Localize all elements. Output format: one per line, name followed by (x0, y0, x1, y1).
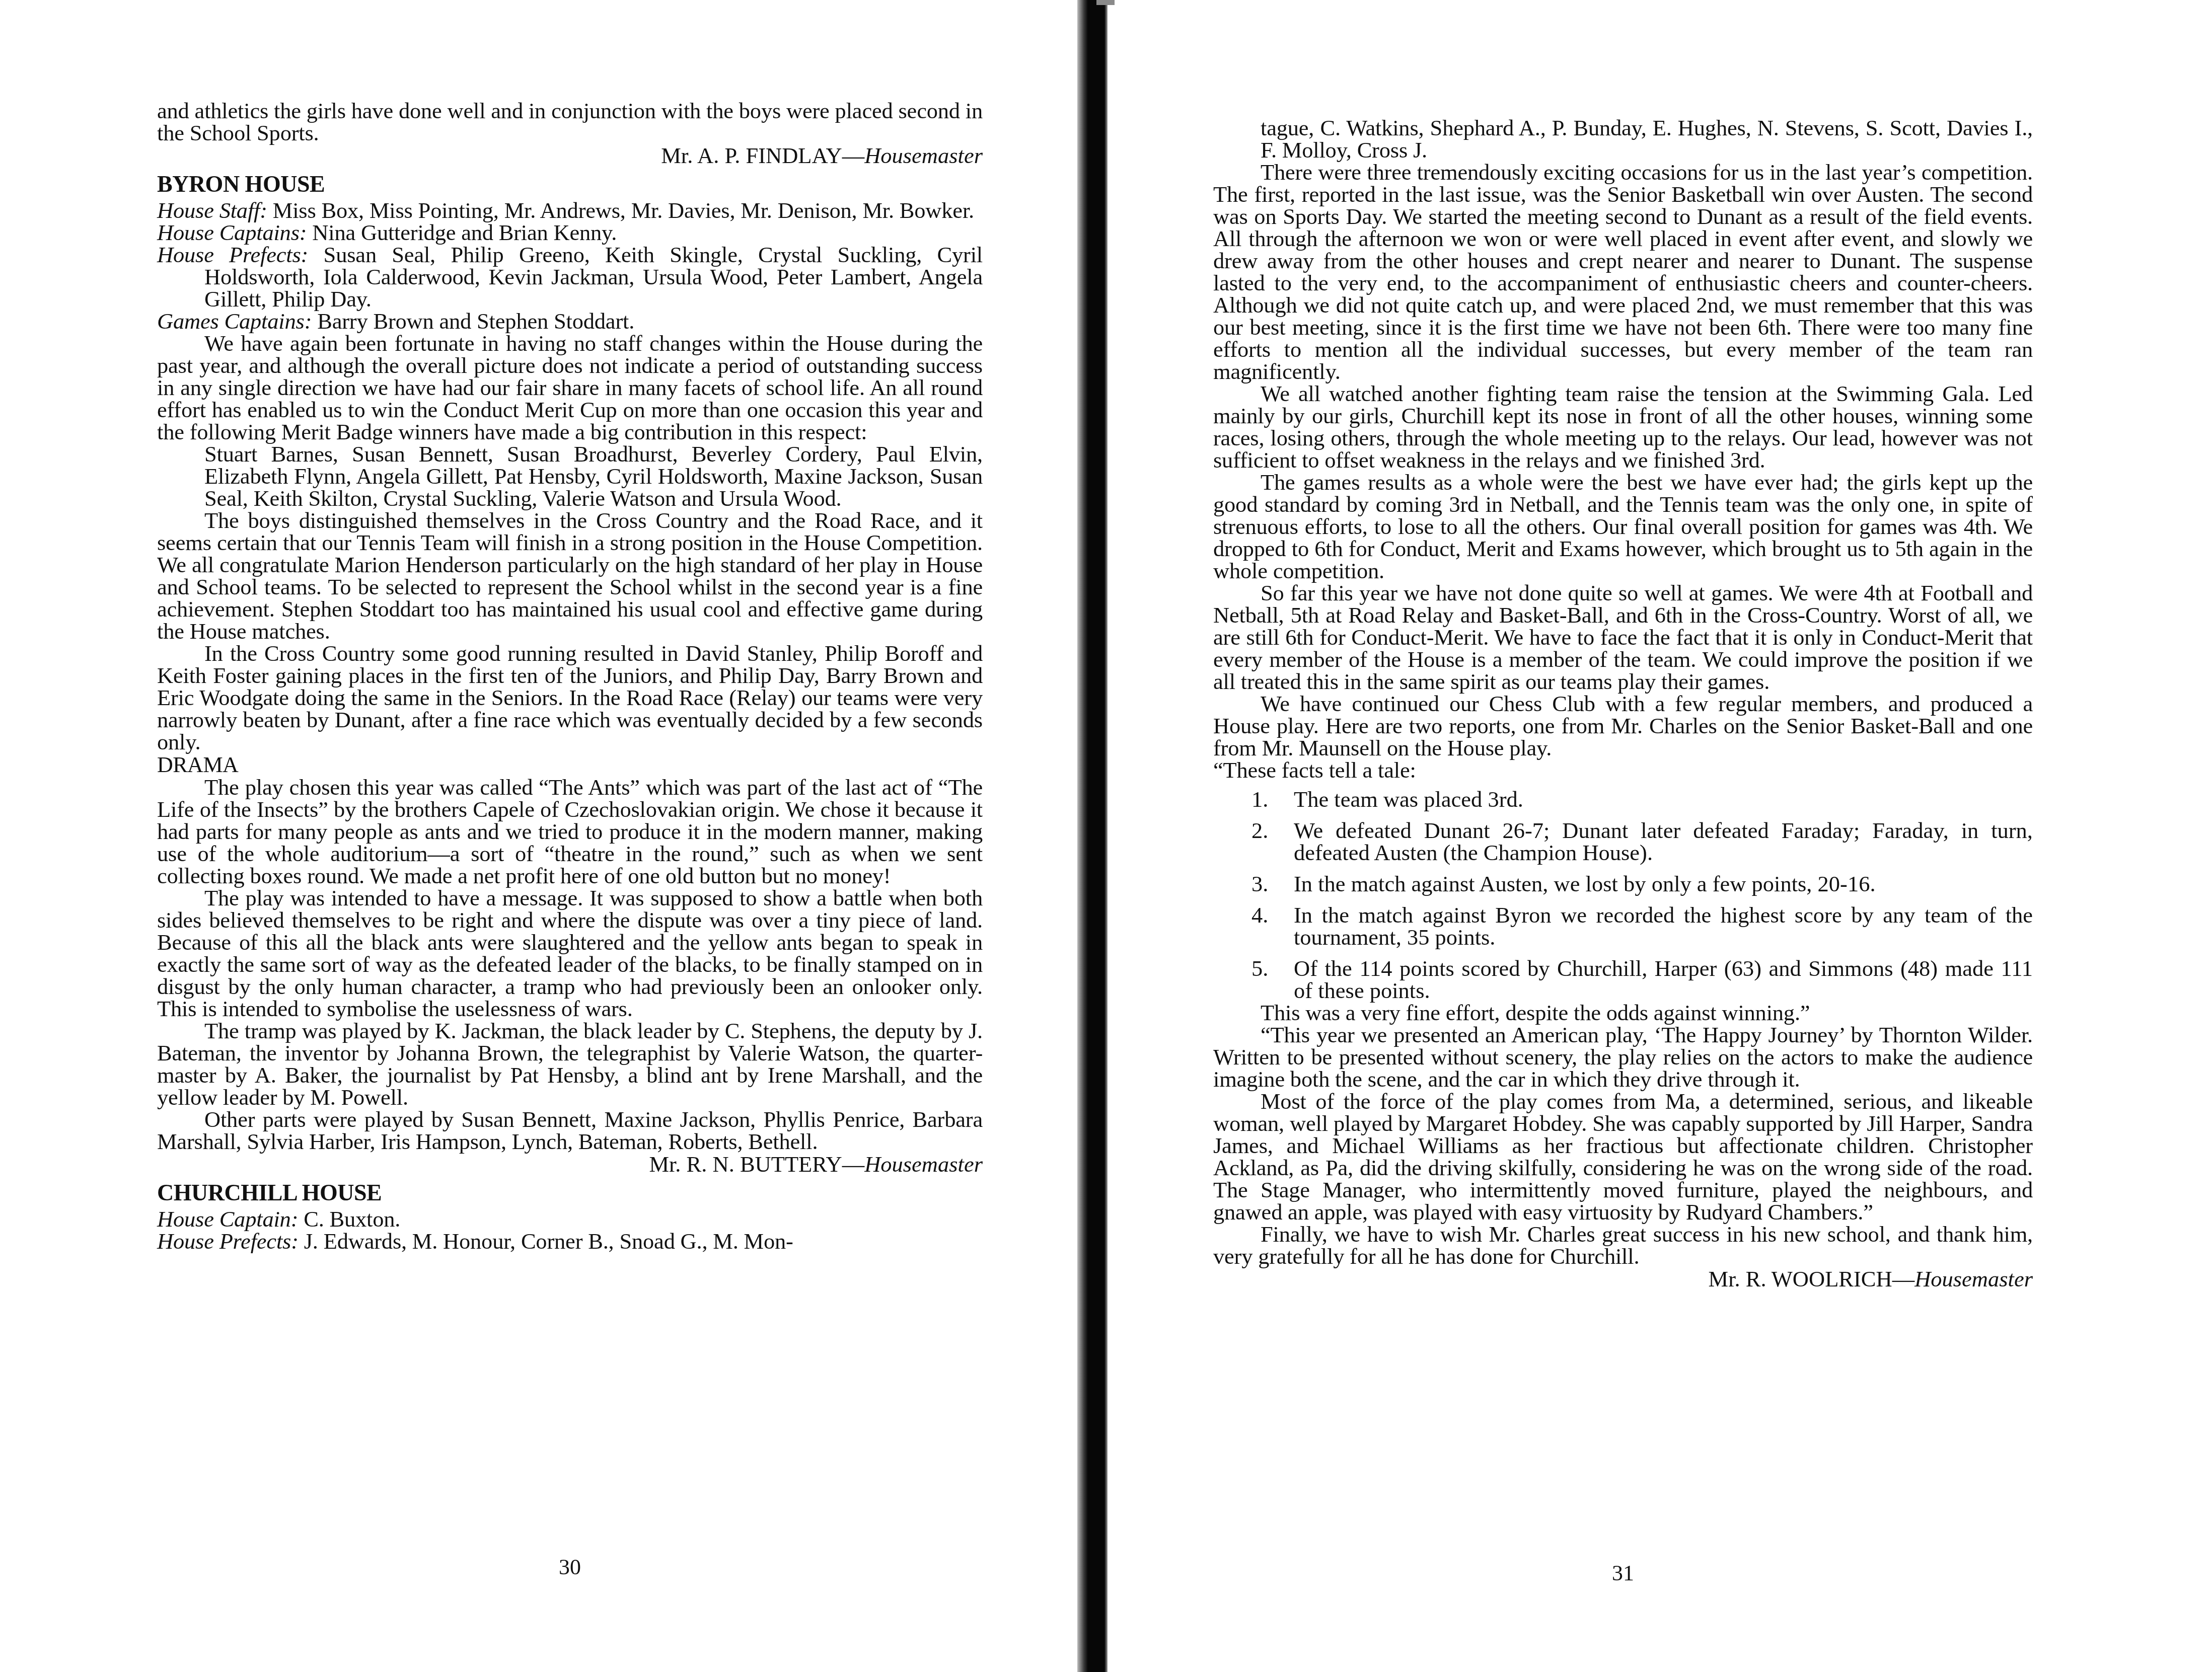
churchill-paragraph-1: There were three tremendously exciting o… (1213, 161, 2033, 383)
byron-games-captains: Games Captains: Barry Brown and Stephen … (157, 310, 983, 332)
fact-number: 2. (1251, 819, 1268, 842)
fact-number: 1. (1251, 788, 1268, 810)
signature-role: Housemaster (864, 1152, 983, 1177)
churchill-prefects-continued: tague, C. Watkins, Shephard A., P. Bunda… (1213, 117, 2033, 161)
drama-paragraph-4: Other parts were played by Susan Bennett… (157, 1108, 983, 1153)
churchill-paragraph-5: We have continued our Chess Club with a … (1213, 693, 2033, 759)
byron-house-heading: BYRON HOUSE (157, 169, 983, 199)
basketball-facts-list: 1.The team was placed 3rd. 2.We defeated… (1213, 788, 2033, 1002)
intro-paragraph: and athletics the girls have done well a… (157, 100, 983, 144)
signature-role: Housemaster (1914, 1266, 2033, 1291)
churchill-house-prefects: House Prefects: J. Edwards, M. Honour, C… (157, 1230, 983, 1252)
page-number-right: 31 (1213, 1560, 2033, 1586)
byron-paragraph-1: We have again been fortunate in having n… (157, 332, 983, 443)
drama-paragraph-3: The tramp was played by K. Jackman, the … (157, 1020, 983, 1108)
closing-paragraph: Finally, we have to wish Mr. Charles gre… (1213, 1223, 2033, 1267)
fact-item: 3.In the match against Austen, we lost b… (1213, 873, 2033, 895)
churchill-paragraph-2: We all watched another fighting team rai… (1213, 383, 2033, 471)
house-play-paragraph-1: “This year we presented an American play… (1213, 1024, 2033, 1090)
drama-paragraph-2: The play was intended to have a message.… (157, 887, 983, 1020)
drama-heading: DRAMA (157, 754, 983, 776)
house-prefects-value: J. Edwards, M. Honour, Corner B., Snoad … (299, 1229, 793, 1254)
churchill-paragraph-4: So far this year we have not done quite … (1213, 582, 2033, 693)
fact-item: 2.We defeated Dunant 26-7; Dunant later … (1213, 819, 2033, 864)
drama-paragraph-1: The play chosen this year was called “Th… (157, 776, 983, 887)
churchill-paragraph-3: The games results as a whole were the be… (1213, 471, 2033, 582)
right-page: tague, C. Watkins, Shephard A., P. Bunda… (1213, 0, 2033, 1672)
house-play-paragraph-2: Most of the force of the play comes from… (1213, 1090, 2033, 1223)
fact-text: Of the 114 points scored by Churchill, H… (1294, 956, 2033, 1003)
house-captains-value: Nina Gutteridge and Brian Kenny. (307, 220, 617, 245)
churchill-house-captain: House Captain: C. Buxton. (157, 1208, 983, 1230)
left-page-column: and athletics the girls have done well a… (157, 100, 983, 1252)
games-captains-label: Games Captains: (157, 309, 312, 334)
merit-badge-winners: Stuart Barnes, Susan Bennett, Susan Broa… (157, 443, 983, 509)
byron-house-captains: House Captains: Nina Gutteridge and Bria… (157, 221, 983, 244)
findlay-signature: Mr. A. P. FINDLAY—Housemaster (157, 144, 983, 167)
house-prefects-value: Susan Seal, Philip Greeno, Keith Skingle… (204, 242, 983, 312)
house-staff-value: Miss Box, Miss Pointing, Mr. Andrews, Mr… (267, 198, 974, 223)
book-spine-gutter (1077, 0, 1108, 1672)
fact-number: 5. (1251, 957, 1268, 979)
fact-text: We defeated Dunant 26-7; Dunant later de… (1294, 818, 2033, 865)
byron-paragraph-3: In the Cross Country some good running r… (157, 642, 983, 753)
fact-number: 4. (1251, 904, 1268, 926)
house-prefects-label: House Prefects: (157, 242, 308, 267)
page-number-left: 30 (157, 1554, 983, 1580)
left-page: and athletics the girls have done well a… (157, 0, 983, 1672)
games-captains-value: Barry Brown and Stephen Stoddart. (312, 309, 634, 334)
house-captain-value: C. Buxton. (298, 1206, 400, 1232)
fact-item: 5.Of the 114 points scored by Churchill,… (1213, 957, 2033, 1002)
fact-text: In the match against Austen, we lost by … (1294, 871, 1876, 896)
house-captains-label: House Captains: (157, 220, 307, 245)
house-captain-label: House Captain: (157, 1206, 298, 1232)
fact-item: 1.The team was placed 3rd. (1213, 788, 2033, 810)
fact-text: In the match against Byron we recorded t… (1294, 902, 2033, 950)
buttery-signature: Mr. R. N. BUTTERY—Housemaster (157, 1153, 983, 1176)
spine-shadow-notch (1096, 0, 1115, 5)
basketball-report-intro: “These facts tell a tale: (1213, 759, 2033, 781)
right-page-column: tague, C. Watkins, Shephard A., P. Bunda… (1213, 117, 2033, 1290)
house-prefects-label: House Prefects: (157, 1229, 299, 1254)
signature-name: Mr. R. N. BUTTERY— (649, 1152, 864, 1177)
byron-house-prefects: House Prefects: Susan Seal, Philip Green… (157, 244, 983, 310)
byron-paragraph-2: The boys distinguished themselves in the… (157, 509, 983, 642)
house-staff-label: House Staff: (157, 198, 267, 223)
fact-number: 3. (1251, 873, 1268, 895)
churchill-house-heading: CHURCHILL HOUSE (157, 1178, 983, 1208)
fact-item: 4.In the match against Byron we recorded… (1213, 904, 2033, 948)
byron-house-staff: House Staff: Miss Box, Miss Pointing, Mr… (157, 199, 983, 221)
signature-name: Mr. A. P. FINDLAY— (661, 143, 864, 168)
signature-role: Housemaster (864, 143, 983, 168)
woolrich-signature: Mr. R. WOOLRICH—Housemaster (1213, 1267, 2033, 1290)
fact-text: The team was placed 3rd. (1294, 787, 1523, 812)
signature-name: Mr. R. WOOLRICH— (1709, 1266, 1915, 1291)
basketball-report-closing: This was a very fine effort, despite the… (1213, 1002, 2033, 1024)
